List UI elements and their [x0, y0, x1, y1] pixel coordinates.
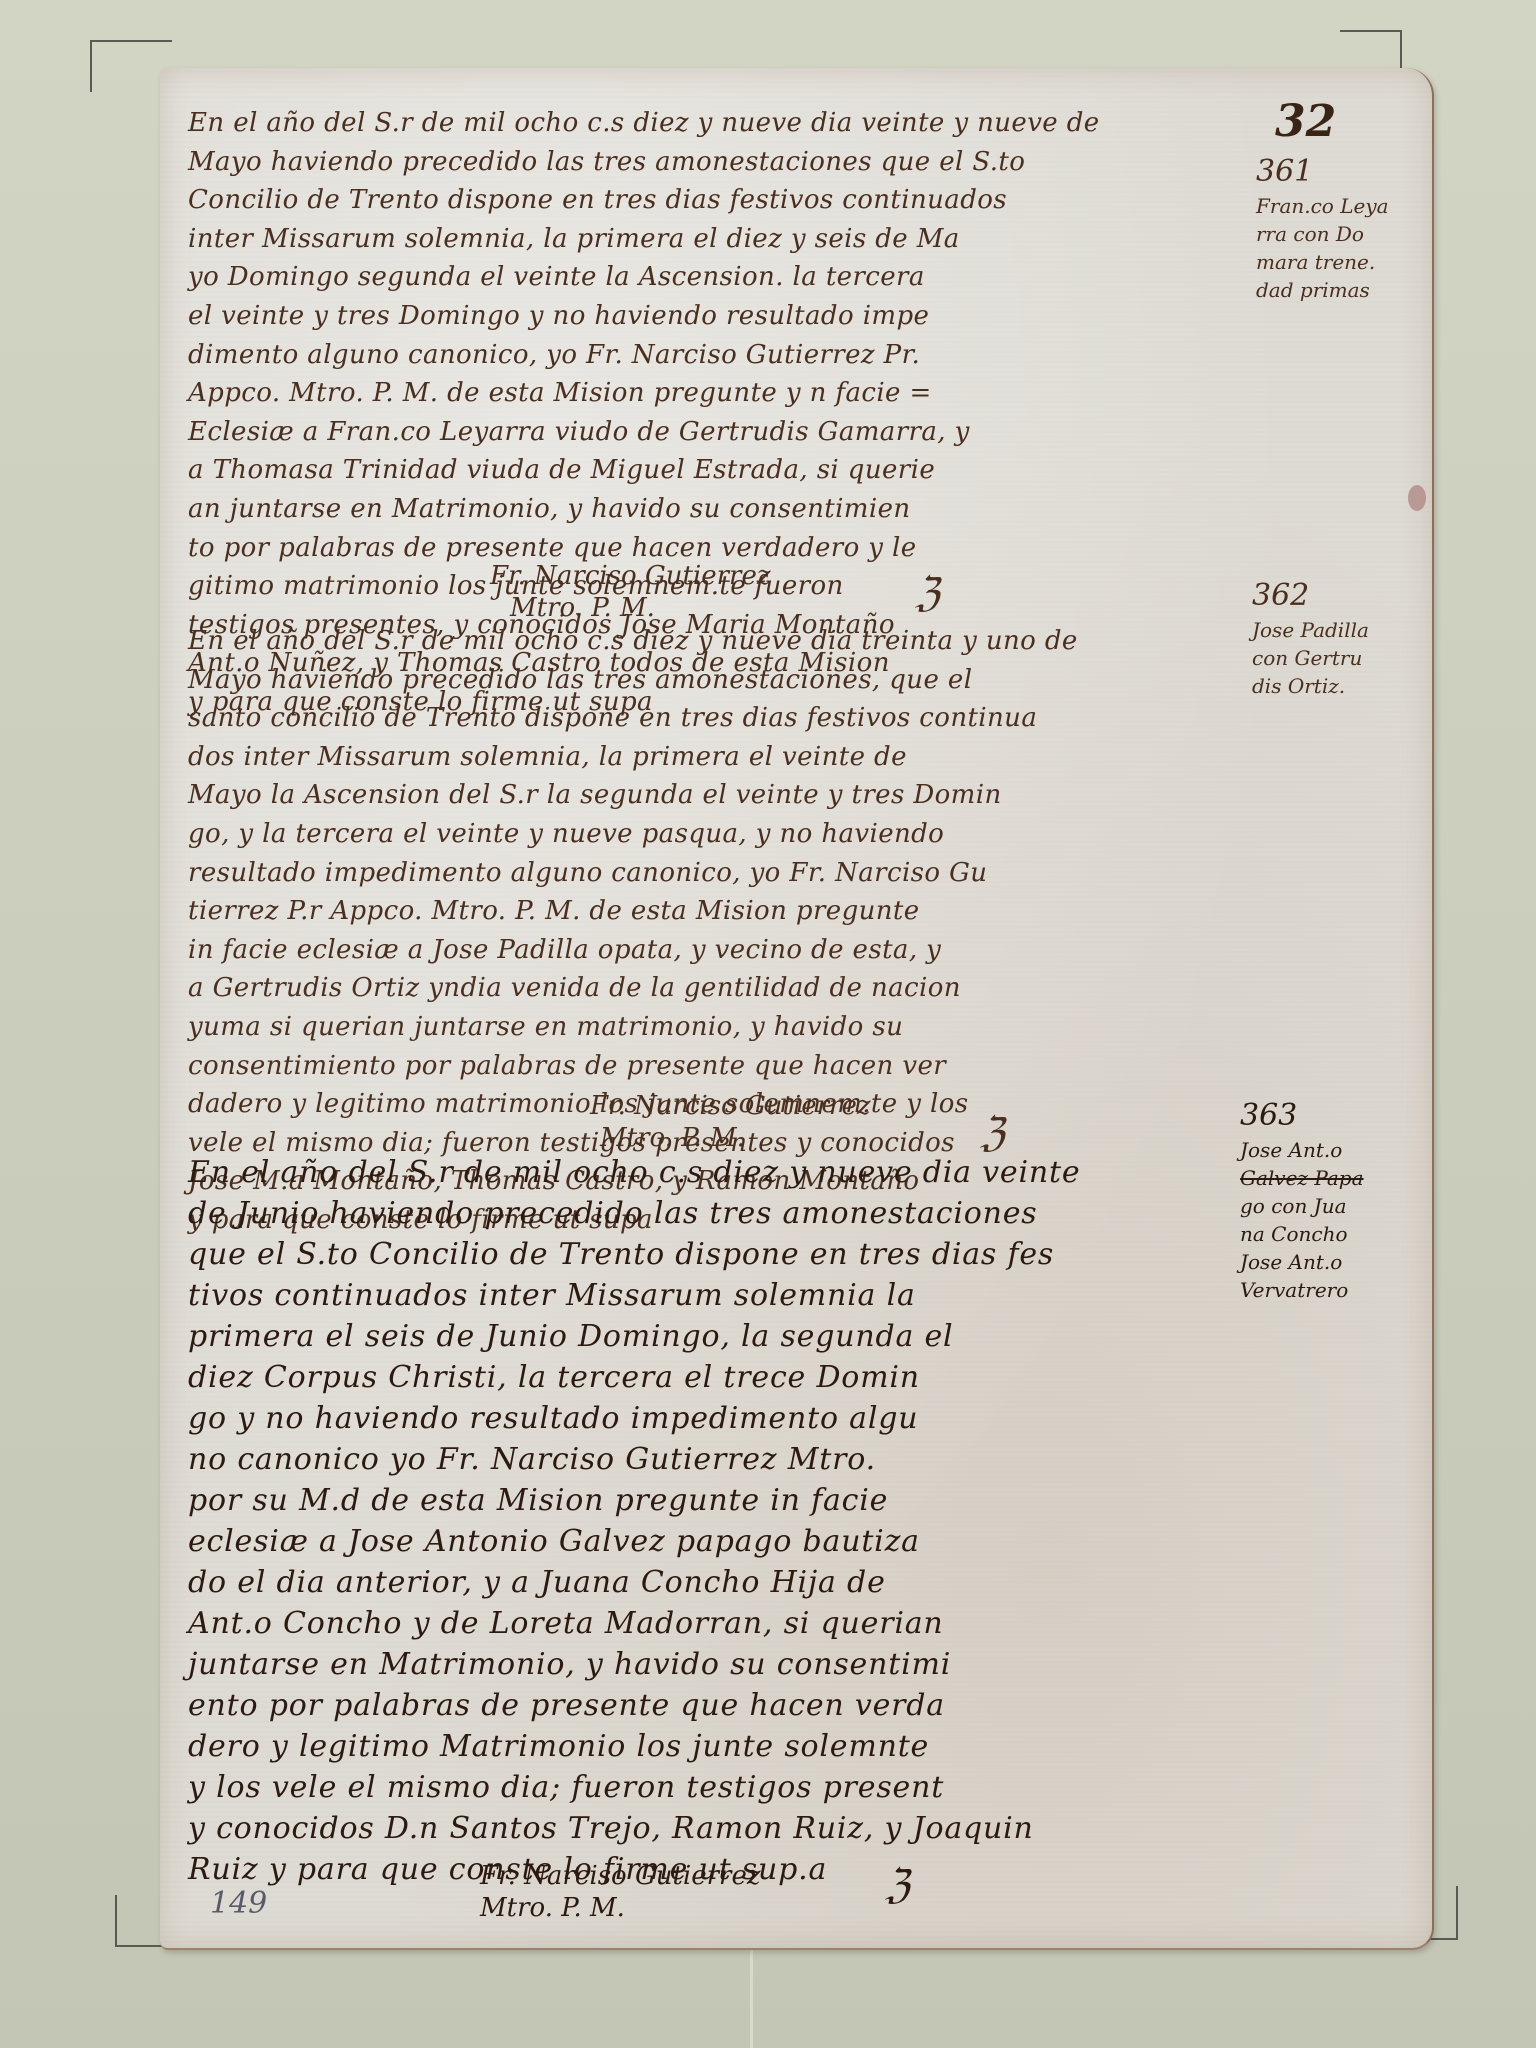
text-line: por su M.d de esta Mision pregunte in fa… [188, 1480, 1268, 1521]
text-line: dero y legitimo Matrimonio los junte sol… [188, 1726, 1268, 1767]
mount-corner-mark-top-right [1340, 30, 1402, 68]
text-line: el veinte y tres Domingo y no haviendo r… [188, 297, 1268, 336]
text-line: y conocidos D.n Santos Trejo, Ramon Ruiz… [188, 1808, 1268, 1849]
text-line: go, y la tercera el veinte y nueve pasqu… [188, 815, 1268, 854]
margin-line: dad primas [1256, 276, 1389, 304]
margin-line: Fran.co Leya [1256, 192, 1389, 220]
text-line: primera el seis de Junio Domingo, la seg… [188, 1316, 1268, 1357]
signature-entry-361: Fr. Narciso Gutierrez Mtro. P. M. [490, 560, 771, 624]
text-line: y los vele el mismo dia; fueron testigos… [188, 1767, 1268, 1808]
margin-note-entry-362: 362 Jose Padilla con Gertru dis Ortiz. [1252, 578, 1369, 700]
rubric-flourish-icon: ℨ [980, 1110, 1005, 1156]
text-line: tivos continuados inter Missarum solemni… [188, 1275, 1268, 1316]
text-line: ento por palabras de presente que hacen … [188, 1685, 1268, 1726]
text-line: de Junio haviendo precedido las tres amo… [188, 1193, 1268, 1234]
entry-number: 362 [1252, 578, 1369, 614]
signature-name: Fr. Narciso Gutierrez [590, 1090, 871, 1122]
text-line: do el dia anterior, y a Juana Concho Hij… [188, 1562, 1268, 1603]
text-line: dimento alguno canonico, yo Fr. Narciso … [188, 336, 1268, 375]
text-line: eclesiæ a Jose Antonio Galvez papago bau… [188, 1521, 1268, 1562]
text-line: dos inter Missarum solemnia, la primera … [188, 738, 1268, 777]
text-line: resultado impedimento alguno canonico, y… [188, 854, 1268, 893]
text-line: Mayo haviendo precedido las tres amonest… [188, 143, 1268, 182]
text-line: santo concilio de Trento dispone en tres… [188, 699, 1268, 738]
signature-title: Mtro. P. M. [490, 592, 771, 624]
text-line: En el año del S.r de mil ocho c.s diez y… [188, 104, 1268, 143]
text-line: Mayo la Ascension del S.r la segunda el … [188, 776, 1268, 815]
signature-entry-362: Fr. Narciso Gutierrez Mtro. P. M. [590, 1090, 871, 1154]
text-line: in facie eclesiæ a Jose Padilla opata, y… [188, 931, 1268, 970]
text-line: Mayo haviendo precedido las tres amonest… [188, 661, 1268, 700]
text-line: Ant.o Concho y de Loreta Madorran, si qu… [188, 1603, 1268, 1644]
signature-name: Fr. Narciso Gutierrez [480, 1860, 761, 1892]
folio-number: 32 [1275, 96, 1336, 147]
page-number: 149 [210, 1886, 267, 1921]
rubric-flourish-icon: ℨ [915, 570, 940, 616]
rubric-flourish-icon: ℨ [885, 1862, 910, 1908]
text-line: yuma si querian juntarse en matrimonio, … [188, 1008, 1268, 1047]
margin-line: con Gertru [1252, 644, 1369, 672]
text-line: inter Missarum solemnia, la primera el d… [188, 220, 1268, 259]
text-line: En el año del S.r de mil ocho c.s diez y… [188, 1152, 1268, 1193]
margin-line: Jose Padilla [1252, 616, 1369, 644]
text-line: Appco. Mtro. P. M. de esta Mision pregun… [188, 374, 1268, 413]
text-line: diez Corpus Christi, la tercera el trece… [188, 1357, 1268, 1398]
signature-title: Mtro. P. M. [480, 1892, 761, 1924]
text-line: Eclesiæ a Fran.co Leyarra viudo de Gertr… [188, 413, 1268, 452]
text-line: que el S.to Concilio de Trento dispone e… [188, 1234, 1268, 1275]
ink-stain [1408, 485, 1426, 511]
entry-363-text: En el año del S.r de mil ocho c.s diez y… [188, 1152, 1268, 1890]
text-line: Concilio de Trento dispone en tres dias … [188, 181, 1268, 220]
signature-name: Fr. Narciso Gutierrez [490, 560, 771, 592]
signature-entry-363: Fr. Narciso Gutierrez Mtro. P. M. [480, 1860, 761, 1924]
margin-line: rra con Do [1256, 220, 1389, 248]
text-line: a Thomasa Trinidad viuda de Miguel Estra… [188, 451, 1268, 490]
text-line: no canonico yo Fr. Narciso Gutierrez Mtr… [188, 1439, 1268, 1480]
text-line: yo Domingo segunda el veinte la Ascensio… [188, 258, 1268, 297]
text-line: an juntarse en Matrimonio, y havido su c… [188, 490, 1268, 529]
margin-line: mara trene. [1256, 248, 1389, 276]
text-line: go y no haviendo resultado impedimento a… [188, 1398, 1268, 1439]
text-line: En el año del S.r de mil ocho c.s diez y… [188, 622, 1268, 661]
margin-line: dis Ortiz. [1252, 672, 1369, 700]
text-line: consentimiento por palabras de presente … [188, 1047, 1268, 1086]
text-line: juntarse en Matrimonio, y havido su cons… [188, 1644, 1268, 1685]
text-line: tierrez P.r Appco. Mtro. P. M. de esta M… [188, 892, 1268, 931]
entry-number: 363 [1240, 1098, 1364, 1134]
text-line: a Gertrudis Ortiz yndia venida de la gen… [188, 969, 1268, 1008]
margin-note-entry-361: 361 Fran.co Leya rra con Do mara trene. … [1256, 154, 1389, 304]
signature-title: Mtro. P. M. [590, 1122, 871, 1154]
mount-seam [750, 1948, 753, 2048]
entry-number: 361 [1256, 154, 1389, 190]
mount-corner-mark-bottom-left [115, 1895, 162, 1947]
